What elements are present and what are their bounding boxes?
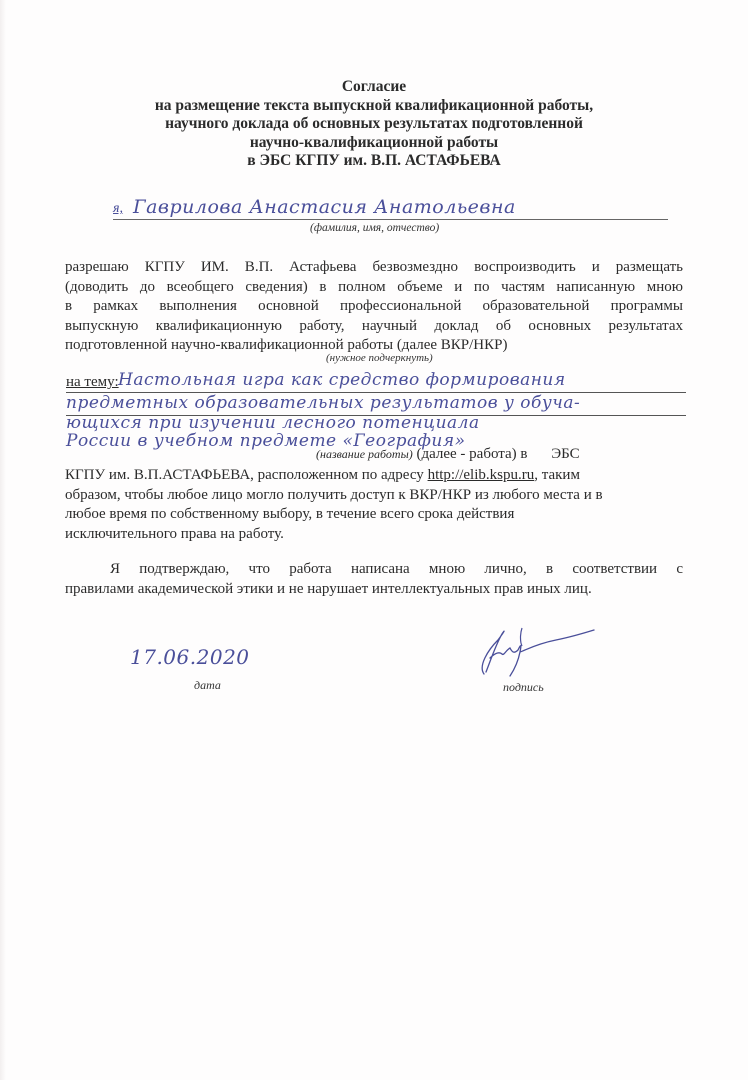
permission-paragraph: разрешаю КГПУ ИМ. В.П. Астафьева безвозм… [65, 258, 683, 356]
title-line: научного доклада об основных результатах… [0, 115, 748, 134]
elib-link[interactable]: http://elib.kspu.ru [428, 467, 535, 483]
full-name-caption: (фамилия, имя, отчество) [310, 222, 439, 234]
full-name-field[interactable]: я, Гаврилова Анастасия Анатольевна [113, 195, 668, 220]
location-paragraph: КГПУ им. В.П.АСТАФЬЕВА, расположенном по… [65, 466, 683, 544]
paragraph-line: (доводить до всеобщего сведения) в полно… [65, 278, 683, 298]
paragraph-line: выпускную квалификационную работу, научн… [65, 317, 683, 337]
paragraph-line: разрешаю КГПУ ИМ. В.П. Астафьева безвозм… [65, 258, 683, 278]
topic-text: ющихся при изучении лесного потенциала [66, 413, 480, 433]
title-line: в ЭБС КГПУ им. В.П. АСТАФЬЕВА [0, 152, 748, 171]
ebs-label: ЭБС [551, 446, 579, 462]
paragraph-line: образом, чтобы любое лицо могло получить… [65, 486, 683, 506]
signature[interactable] [476, 622, 596, 682]
topic-after-caption: (далее - работа) в [416, 446, 527, 462]
topic-caption-row: (название работы) (далее - работа) в ЭБС [316, 446, 580, 463]
underline-hint-caption: (нужное подчеркнуть) [326, 352, 433, 364]
full-name-value: Гаврилова Анастасия Анатольевна [133, 196, 516, 218]
date-value[interactable]: 17.06.2020 [130, 645, 250, 669]
paragraph-line: правилами академической этики и не наруш… [65, 580, 683, 600]
topic-text: предметных образовательных результатов у… [66, 393, 580, 413]
document-page: Согласие на размещение текста выпускной … [0, 0, 748, 1080]
title-line: Согласие [0, 78, 748, 97]
confirmation-paragraph: Я подтверждаю, что работа написана мною … [65, 560, 683, 599]
paragraph-line: КГПУ им. В.П.АСТАФЬЕВА, расположенном по… [65, 466, 683, 486]
document-title: Согласие на размещение текста выпускной … [0, 78, 748, 171]
paragraph-line: в рамках выполнения основной профессиона… [65, 297, 683, 317]
paragraph-line: любое время по собственному выбору, в те… [65, 505, 683, 525]
title-line: на размещение текста выпускной квалифика… [0, 97, 748, 116]
signature-icon [476, 622, 596, 682]
topic-line-1[interactable]: Настольная игра как средство формировани… [66, 370, 686, 393]
name-prefix: я, [113, 201, 123, 217]
date-caption: дата [194, 678, 221, 693]
paragraph-line: исключительного права на работу. [65, 525, 683, 545]
signature-caption: подпись [503, 680, 544, 695]
paragraph-line: Я подтверждаю, что работа написана мною … [65, 560, 683, 580]
topic-caption: (название работы) [316, 447, 413, 461]
location-text: , таким [534, 467, 580, 483]
location-text: КГПУ им. В.П.АСТАФЬЕВА, расположенном по… [65, 467, 428, 483]
topic-text: Настольная игра как средство формировани… [118, 370, 566, 390]
title-line: научно-квалификационной работы [0, 134, 748, 153]
